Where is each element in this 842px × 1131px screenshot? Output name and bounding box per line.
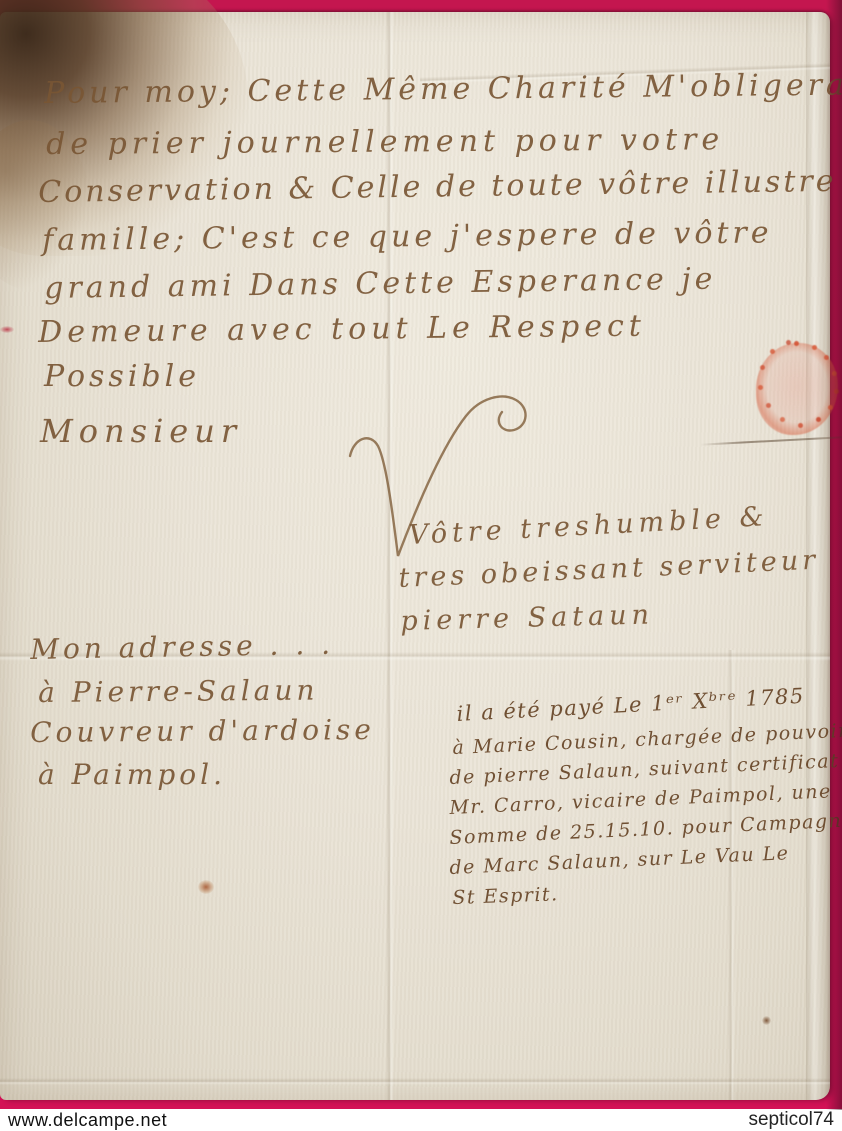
handwriting-line: Possible [44,359,200,394]
paper-speck [762,1016,771,1025]
watermark-septicol: septicol74 [748,1109,834,1131]
handwriting-line-salutation: Monsieur [40,412,242,450]
rust-spot [198,880,214,894]
watermark-delcampe: www.delcampe.net [8,1110,167,1131]
handwriting-line: de prier journellement pour votre [46,122,724,162]
watermark-strip: www.delcampe.net septicol74 [0,1109,842,1131]
handwriting-address-line: à Paimpol. [38,758,226,791]
red-fleck-left-edge [0,326,14,333]
signature-pierre-sataun: pierre Sataun [400,599,654,637]
handwriting-note-line: St Esprit. [452,883,559,909]
handwriting-address-line: à Pierre-Salaun [38,674,319,709]
handwriting-address-line: Mon adresse . . . [30,628,334,666]
handwriting-line: Demeure avec tout Le Respect [38,309,646,350]
handwriting-address-line: Couvreur d'ardoise [30,713,375,749]
scan-page: Pour moy; Cette Même Charité M'obligera … [0,0,842,1131]
